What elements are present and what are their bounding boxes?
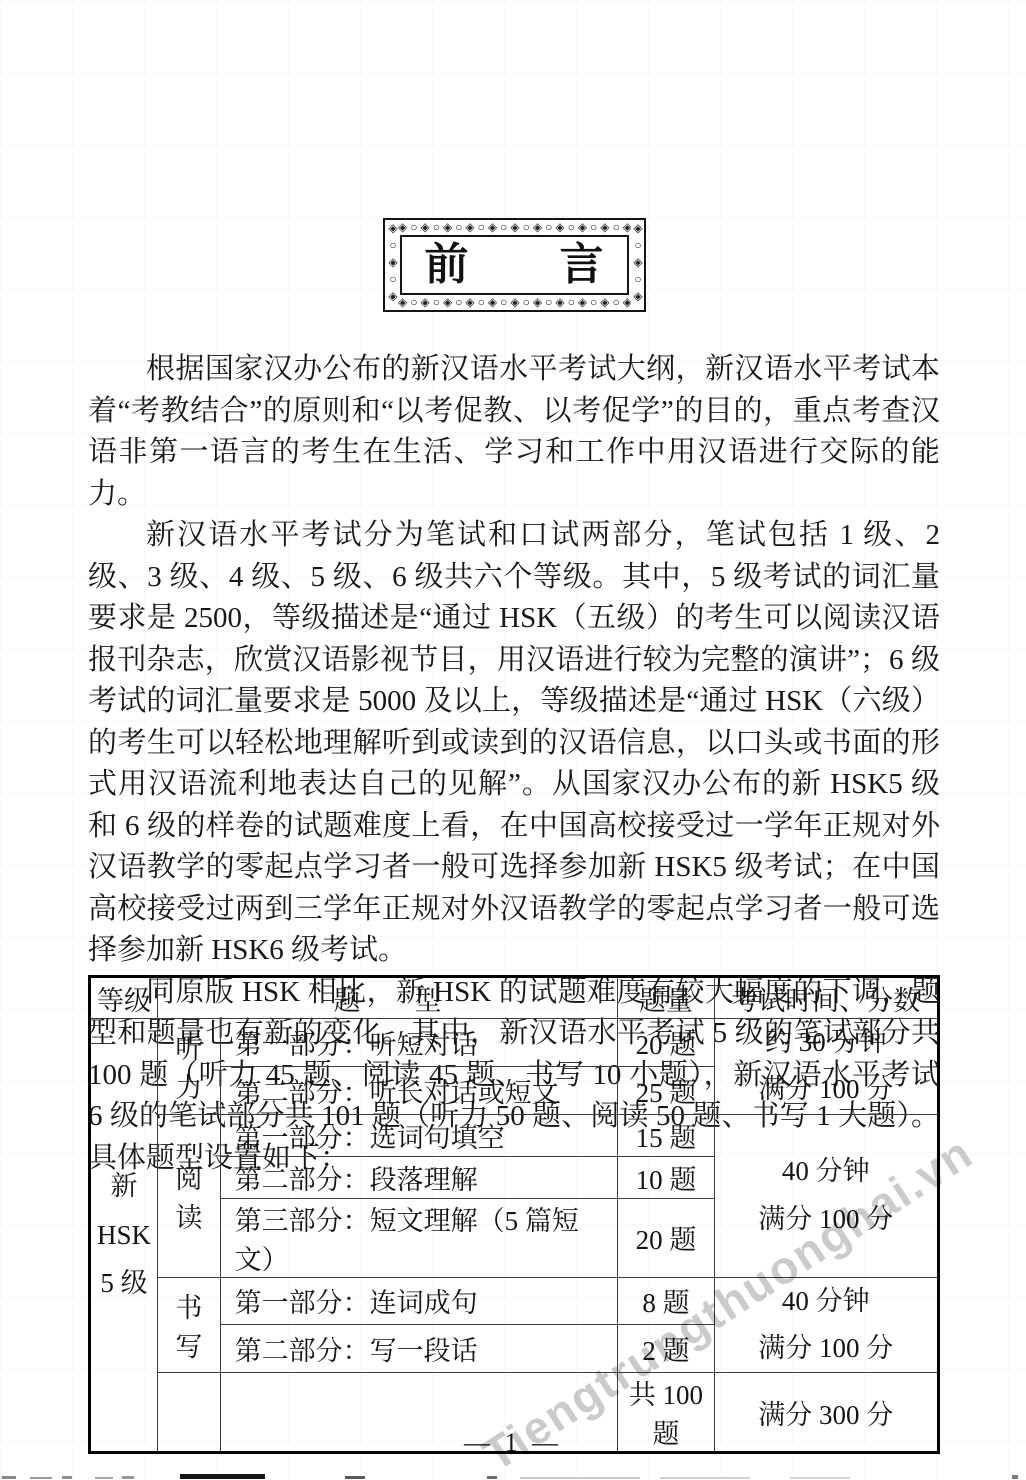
section-reading: 阅读 [158,1114,221,1277]
part-label: 第一部分：连词成句 [220,1277,618,1325]
part-count: 15 题 [618,1114,714,1156]
page-title: 前 言 [400,235,629,295]
ornament-chain-top: ◈○◈○◈○◈○◈○◈○◈○◈○◈○◈○◈○◈○◈○◈○◈○◈○◈○◈ [398,221,631,234]
table-row: 书写 第一部分：连词成句 8 题 40 分钟 满分 100 分 [90,1277,939,1325]
header-question-count: 题量 [618,977,714,1019]
part-count: 25 题 [618,1066,714,1114]
scanned-book-page: { "page": { "title": "前 言", "page_number… [0,0,1026,1480]
part-label: 第二部分：听长对话或短文 [220,1066,618,1114]
exam-structure-table: 等级 题 型 题量 考试时间、分数 新 HSK 5 级 听力 第一部分：听短对话… [88,975,940,1454]
scan-noise [95,1477,113,1479]
header-question-type: 题 型 [158,977,618,1019]
table-header-row: 等级 题 型 题量 考试时间、分数 [90,977,939,1019]
header-time-score: 考试时间、分数 [714,977,938,1019]
scan-noise [520,1477,640,1479]
section-writing: 书写 [158,1277,221,1373]
part-count: 2 题 [618,1325,714,1373]
scan-noise [30,1477,52,1479]
time-score-listening: 约 30 分钟 满分 100 分 [714,1019,938,1115]
table-row: 新 HSK 5 级 听力 第一部分：听短对话 20 题 约 30 分钟 满分 1… [90,1019,939,1067]
part-label: 第二部分：段落理解 [220,1156,618,1198]
part-count: 10 题 [618,1156,714,1198]
part-label: 第二部分：写一段话 [220,1325,618,1373]
time-score-writing: 40 分钟 满分 100 分 [714,1277,938,1373]
page-number: — 1 — [0,1428,1026,1458]
scan-noise [2,1476,16,1479]
part-count: 20 题 [618,1198,714,1277]
part-label: 第一部分：选词句填空 [220,1114,618,1156]
scan-noise [790,1477,850,1479]
scan-noise [487,1476,497,1479]
paragraph-2: 新汉语水平考试分为笔试和口试两部分，笔试包括 1 级、2 级、3 级、4 级、5… [88,515,940,972]
ornament-chain-right: ◈○◈○◈○◈ [630,221,644,309]
paragraph-1: 根据国家汉办公布的新汉语水平考试大纲，新汉语水平考试本着“考教结合”的原则和“以… [88,349,940,515]
scan-noise [122,1476,134,1479]
ornament-chain-left: ◈○◈○◈○◈ [385,221,399,309]
part-count: 8 题 [618,1277,714,1325]
table-row: 阅读 第一部分：选词句填空 15 题 40 分钟 满分 100 分 [90,1114,939,1156]
section-listening: 听力 [158,1019,221,1115]
preface-title-box: ◈○◈○◈○◈○◈○◈○◈○◈○◈○◈○◈○◈○◈○◈○◈○◈○◈○◈ ◈○◈○… [383,218,646,312]
scan-noise [660,1477,750,1479]
ornament-chain-bottom: ◈○◈○◈○◈○◈○◈○◈○◈○◈○◈○◈○◈○◈○◈○◈○◈○◈○◈ [398,296,631,309]
scan-noise [180,1474,265,1479]
part-label: 第三部分：短文理解（5 篇短文） [220,1198,618,1277]
part-count: 20 题 [618,1019,714,1067]
time-score-reading: 40 分钟 满分 100 分 [714,1114,938,1277]
scan-noise [62,1476,72,1479]
scan-noise [345,1476,365,1479]
scan-noise [1012,1475,1018,1479]
header-level: 等级 [90,977,158,1019]
part-label: 第一部分：听短对话 [220,1019,618,1067]
level-cell: 新 HSK 5 级 [90,1019,158,1453]
